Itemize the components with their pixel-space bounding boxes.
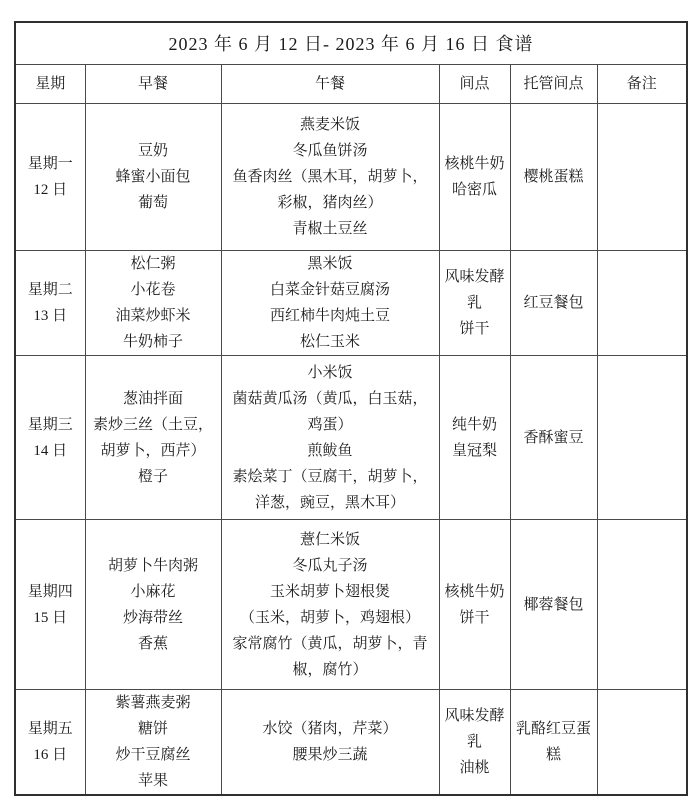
day-label: 星期三 [28,417,73,433]
cell-care-snack: 红豆餐包 [510,251,597,356]
cell-day: 星期三 14 日 [15,356,85,520]
cell-remark [597,690,687,796]
cell-lunch: 小米饭 菌菇黄瓜汤（黄瓜，白玉菇，鸡蛋） 煎鲅鱼 素烩菜丁（豆腐干，胡萝卜，洋葱… [221,356,439,520]
column-header-care-snack: 托管间点 [510,65,597,104]
menu-row-friday: 星期五 16 日 紫薯燕麦粥 糖饼 炒干豆腐丝 苹果 水饺（猪肉，芹菜） 腰果炒… [15,690,687,796]
cell-breakfast: 葱油拌面 素炒三丝（土豆，胡萝卜，西芹） 橙子 [85,356,221,520]
date-label: 13 日 [33,308,67,324]
column-header-day: 星期 [15,65,85,104]
cell-snack: 风味发酵乳 油桃 [439,690,510,796]
title-row: 2023 年 6 月 12 日- 2023 年 6 月 16 日 食谱 [15,22,687,65]
cell-lunch: 薏仁米饭 冬瓜丸子汤 玉米胡萝卜翅根煲 （玉米，胡萝卜，鸡翅根） 家常腐竹（黄瓜… [221,520,439,690]
column-header-lunch: 午餐 [221,65,439,104]
cell-lunch: 水饺（猪肉，芹菜） 腰果炒三蔬 [221,690,439,796]
cell-care-snack: 樱桃蛋糕 [510,104,597,251]
table-title: 2023 年 6 月 12 日- 2023 年 6 月 16 日 食谱 [15,22,687,65]
date-label: 14 日 [33,443,67,459]
cell-day: 星期一 12 日 [15,104,85,251]
cell-snack: 核桃牛奶 饼干 [439,520,510,690]
column-header-breakfast: 早餐 [85,65,221,104]
day-label: 星期四 [28,584,73,600]
cell-lunch: 燕麦米饭 冬瓜鱼饼汤 鱼香肉丝（黑木耳，胡萝卜，彩椒，猪肉丝） 青椒土豆丝 [221,104,439,251]
cell-breakfast: 胡萝卜牛肉粥 小麻花 炒海带丝 香蕉 [85,520,221,690]
date-label: 16 日 [33,747,67,763]
cell-care-snack: 乳酪红豆蛋糕 [510,690,597,796]
document-page: 2023 年 6 月 12 日- 2023 年 6 月 16 日 食谱 星期 早… [0,0,700,800]
cell-remark [597,520,687,690]
date-label: 12 日 [33,182,67,198]
cell-snack: 纯牛奶 皇冠梨 [439,356,510,520]
menu-row-wednesday: 星期三 14 日 葱油拌面 素炒三丝（土豆，胡萝卜，西芹） 橙子 小米饭 菌菇黄… [15,356,687,520]
cell-snack: 风味发酵乳 饼干 [439,251,510,356]
menu-table: 2023 年 6 月 12 日- 2023 年 6 月 16 日 食谱 星期 早… [14,21,688,796]
menu-row-thursday: 星期四 15 日 胡萝卜牛肉粥 小麻花 炒海带丝 香蕉 薏仁米饭 冬瓜丸子汤 玉… [15,520,687,690]
cell-care-snack: 椰蓉餐包 [510,520,597,690]
cell-breakfast: 紫薯燕麦粥 糖饼 炒干豆腐丝 苹果 [85,690,221,796]
menu-row-tuesday: 星期二 13 日 松仁粥 小花卷 油菜炒虾米 牛奶柿子 黑米饭 白菜金针菇豆腐汤… [15,251,687,356]
cell-remark [597,251,687,356]
header-row: 星期 早餐 午餐 间点 托管间点 备注 [15,65,687,104]
cell-lunch: 黑米饭 白菜金针菇豆腐汤 西红柿牛肉炖土豆 松仁玉米 [221,251,439,356]
cell-remark [597,356,687,520]
day-label: 星期二 [28,282,73,298]
cell-breakfast: 松仁粥 小花卷 油菜炒虾米 牛奶柿子 [85,251,221,356]
day-label: 星期一 [28,156,73,172]
date-label: 15 日 [33,610,67,626]
column-header-snack: 间点 [439,65,510,104]
day-label: 星期五 [28,721,73,737]
cell-day: 星期二 13 日 [15,251,85,356]
cell-breakfast: 豆奶 蜂蜜小面包 葡萄 [85,104,221,251]
cell-snack: 核桃牛奶 哈密瓜 [439,104,510,251]
cell-day: 星期五 16 日 [15,690,85,796]
cell-day: 星期四 15 日 [15,520,85,690]
menu-row-monday: 星期一 12 日 豆奶 蜂蜜小面包 葡萄 燕麦米饭 冬瓜鱼饼汤 鱼香肉丝（黑木耳… [15,104,687,251]
column-header-remark: 备注 [597,65,687,104]
cell-care-snack: 香酥蜜豆 [510,356,597,520]
cell-remark [597,104,687,251]
